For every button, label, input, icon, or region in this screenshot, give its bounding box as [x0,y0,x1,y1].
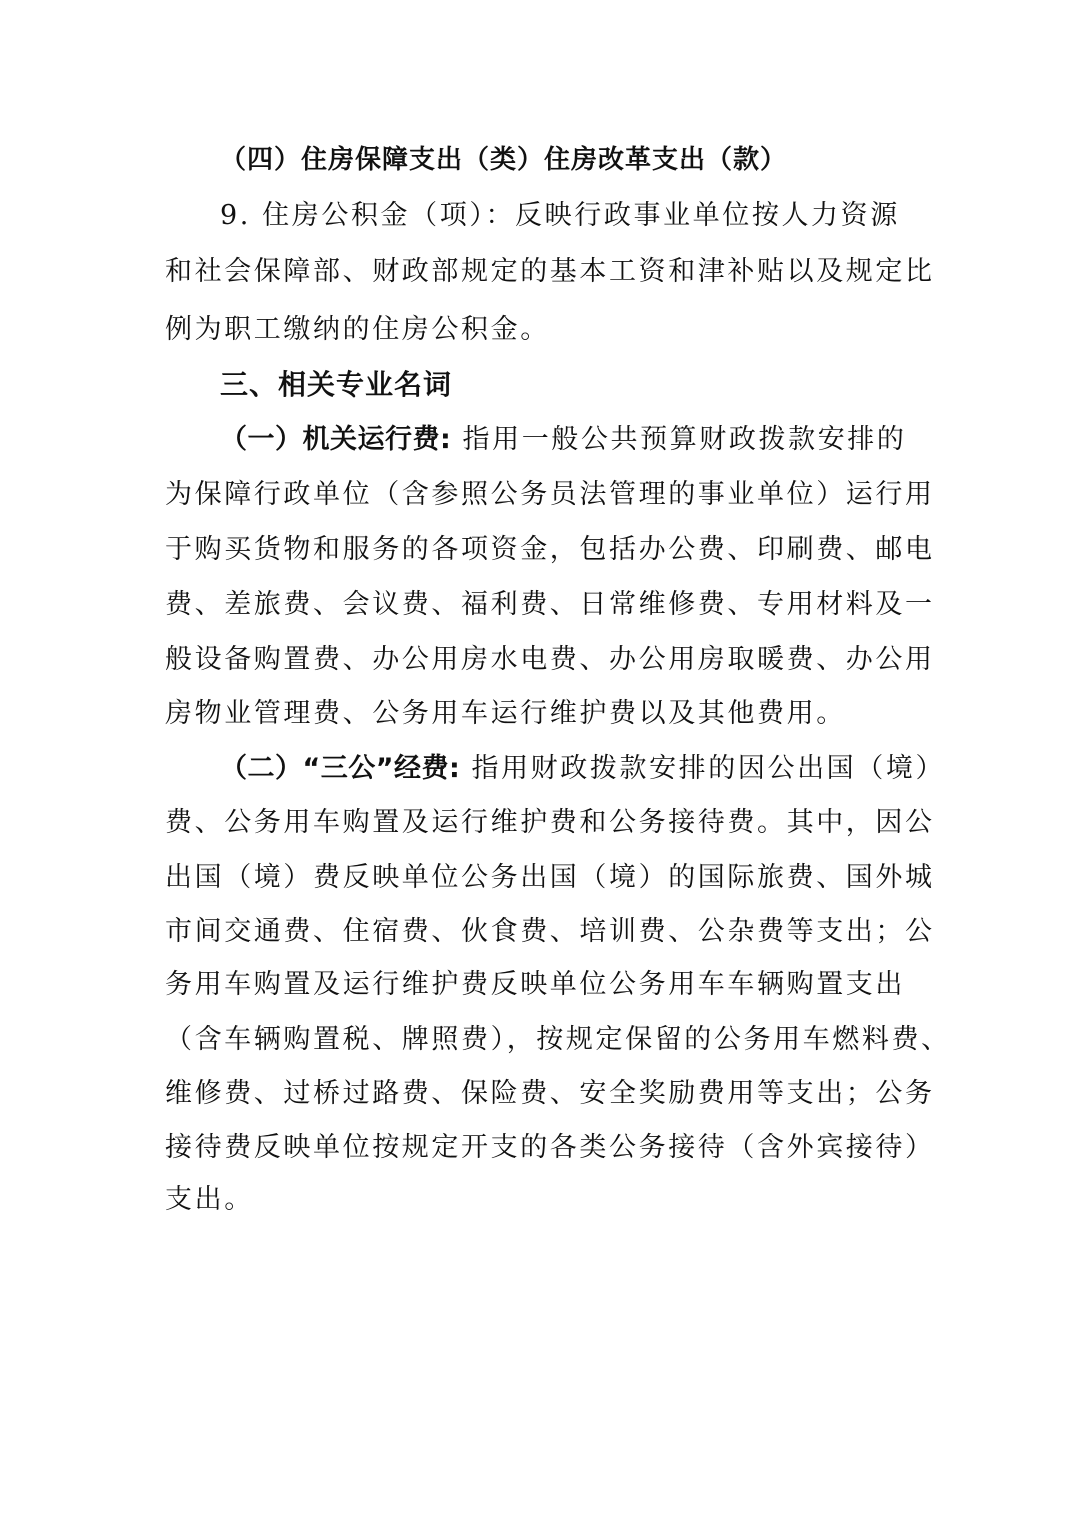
term2-line: 出国（境）费反映单位公务出国（境）的国际旅费、国外城 [165,860,925,896]
term2-first-line-text: 指用财政拨款安排的因公出国（境） [460,753,945,784]
term2-line: 支出。 [165,1182,925,1218]
term1-line: 费、差旅费、会议费、福利费、日常维修费、专用材料及一 [165,587,925,623]
term2-line: 务用车购置及运行维护费反映单位公务用车车辆购置支出 [165,967,925,1003]
part3-heading: 三、相关专业名词 [220,367,925,403]
term1-label: （一）机关运行费: [220,424,451,455]
term1-line: 为保障行政单位（含参照公务员法管理的事业单位）运行用 [165,477,925,513]
term2-line: （含车辆购置税、牌照费），按规定保留的公务用车燃料费、 [165,1022,925,1058]
term2-line: 费、公务用车购置及运行维护费和公务接待费。其中，因公 [165,805,925,841]
term1-line: 房物业管理费、公务用车运行维护费以及其他费用。 [165,696,925,732]
item9-line-3: 例为职工缴纳的住房公积金。 [165,312,925,348]
item9-line-1: 9. 住房公积金（项）：反映行政事业单位按人力资源 [220,198,925,234]
term1-first-line: （一）机关运行费: 指用一般公共预算财政拨款安排的 [220,422,925,458]
term2-line: 维修费、过桥过路费、保险费、安全奖励费用等支出；公务 [165,1076,925,1112]
term2-label: （二）“三公”经费: [220,753,460,784]
term2-line: 接待费反映单位按规定开支的各类公务接待（含外宾接待） [165,1130,925,1166]
item9-line-2: 和社会保障部、财政部规定的基本工资和津补贴以及规定比 [165,254,925,290]
term2-first-line: （二）“三公”经费: 指用财政拨款安排的因公出国（境） [220,751,925,787]
section-heading-housing: （四）住房保障支出（类）住房改革支出（款） [220,142,925,178]
term1-line: 般设备购置费、办公用房水电费、办公用房取暖费、办公用 [165,642,925,678]
term2-line: 市间交通费、住宿费、伙食费、培训费、公杂费等支出；公 [165,914,925,950]
term1-first-line-text: 指用一般公共预算财政拨款安排的 [451,424,906,455]
term1-line: 于购买货物和服务的各项资金，包括办公费、印刷费、邮电 [165,532,925,568]
